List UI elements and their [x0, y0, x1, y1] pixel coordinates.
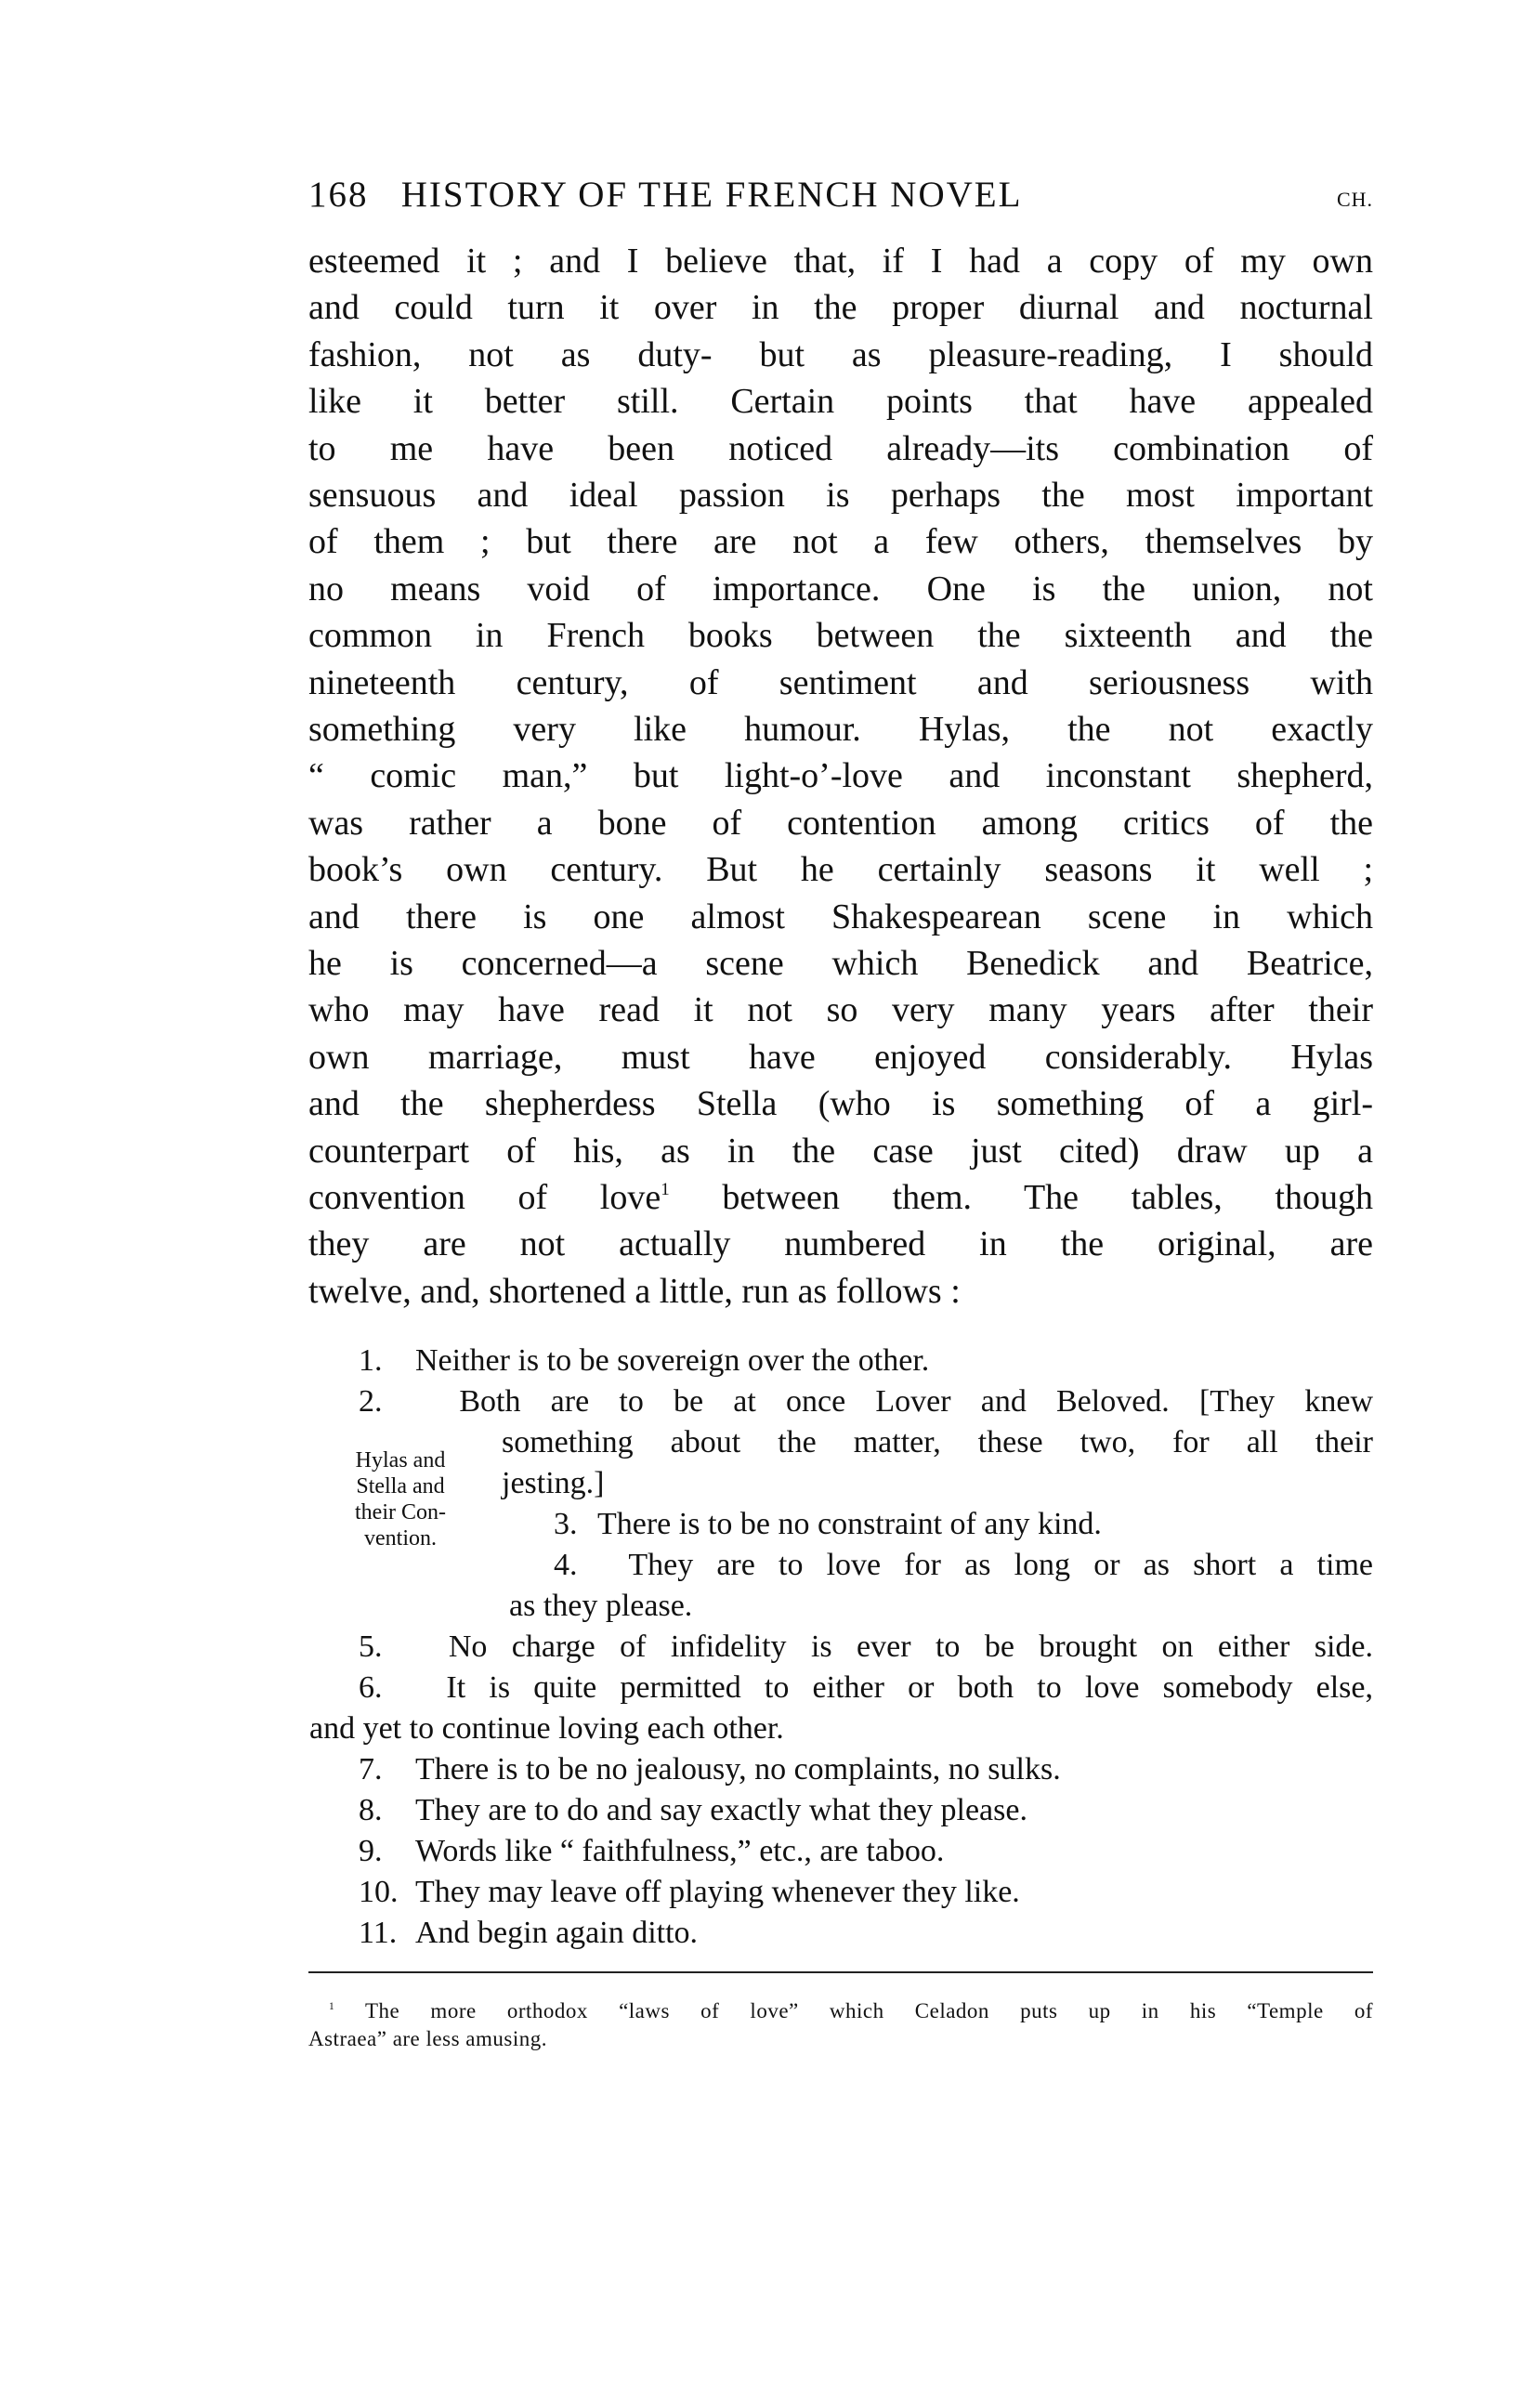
- body-line: and could turn it over in the proper diu…: [308, 290, 1373, 325]
- list-item-6-cont: and yet to continue loving each other.: [309, 1713, 784, 1745]
- body-line: and there is one almost Shakespearean sc…: [308, 899, 1373, 935]
- body-line: and the shepherdess Stella (who is somet…: [308, 1086, 1373, 1121]
- body-line: no means void of importance. One is the …: [308, 571, 1373, 607]
- body-line: sensuous and ideal passion is perhaps th…: [308, 478, 1373, 513]
- body-line: like it better still. Certain points tha…: [308, 384, 1373, 419]
- body-line: “ comic man,” but light-o’-love and inco…: [308, 758, 1373, 793]
- book-page: 168 HISTORY OF THE FRENCH NOVEL CH. este…: [0, 0, 1531, 2408]
- list-item-2: 2. Both are to be at once Lover and Belo…: [359, 1386, 1373, 1418]
- list-item-2-cont: something about the matter, these two, f…: [502, 1427, 1373, 1459]
- list-item-8: 8. They are to do and say exactly what t…: [359, 1795, 1027, 1826]
- body-line: counterpart of his, as in the case just …: [308, 1133, 1373, 1169]
- body-line: something very like humour. Hylas, the n…: [308, 712, 1373, 747]
- running-title: HISTORY OF THE FRENCH NOVEL: [401, 175, 1023, 215]
- footnote-line: Astraea” are less amusing.: [308, 2028, 1373, 2049]
- body-line-with-footnote-ref: convention of love1 between them. The ta…: [308, 1180, 1373, 1215]
- running-header: 168 HISTORY OF THE FRENCH NOVEL CH.: [308, 177, 1373, 213]
- footnote-ref-marker[interactable]: 1: [661, 1180, 670, 1199]
- list-item-9: 9. Words like “ faithfulness,” etc., are…: [359, 1836, 944, 1867]
- page-number: 168: [308, 175, 369, 215]
- list-item-5: 5. No charge of infidelity is ever to be…: [359, 1631, 1373, 1663]
- list-item-10: 10. They may leave off playing whenever …: [359, 1877, 1020, 1908]
- body-line: nineteenth century, of sentiment and ser…: [308, 665, 1373, 700]
- body-line: esteemed it ; and I believe that, if I h…: [308, 243, 1373, 279]
- marginal-sidenote: Hylas and Stella and their Con- vention.: [331, 1447, 470, 1551]
- list-item-7: 7. There is to be no jealousy, no compla…: [359, 1754, 1061, 1786]
- body-line: book’s own century. But he certainly sea…: [308, 852, 1373, 887]
- list-item-11: 11. And begin again ditto.: [359, 1917, 698, 1949]
- list-item-2-cont: jesting.]: [502, 1468, 604, 1499]
- list-item-3: 3. There is to be no constraint of any k…: [554, 1509, 1102, 1540]
- body-line: own marriage, must have enjoyed consider…: [308, 1040, 1373, 1075]
- body-line: who may have read it not so very many ye…: [308, 992, 1373, 1027]
- body-line: twelve, and, shortened a little, run as …: [308, 1274, 1373, 1309]
- header-left: 168 HISTORY OF THE FRENCH NOVEL: [308, 177, 1022, 213]
- body-line: of them ; but there are not a few others…: [308, 524, 1373, 559]
- body-line: common in French books between the sixte…: [308, 618, 1373, 653]
- list-item-4-cont: as they please.: [509, 1590, 692, 1622]
- footnote-line: 1 The more orthodox “laws of love” which…: [308, 2000, 1373, 2022]
- body-line: he is concerned—a scene which Benedick a…: [308, 946, 1373, 981]
- list-item-1: 1. Neither is to be sovereign over the o…: [359, 1345, 929, 1377]
- body-line: was rather a bone of contention among cr…: [308, 805, 1373, 841]
- chapter-mark: CH.: [1337, 190, 1373, 210]
- body-line: they are not actually numbered in the or…: [308, 1226, 1373, 1262]
- body-line: fashion, not as duty- but as pleasure-re…: [308, 337, 1373, 373]
- list-item-4: 4. They are to love for as long or as sh…: [554, 1550, 1373, 1581]
- body-line: to me have been noticed already—its comb…: [308, 431, 1373, 466]
- footnote-divider: [308, 1971, 1373, 1973]
- list-item-6: 6. It is quite permitted to either or bo…: [359, 1672, 1373, 1704]
